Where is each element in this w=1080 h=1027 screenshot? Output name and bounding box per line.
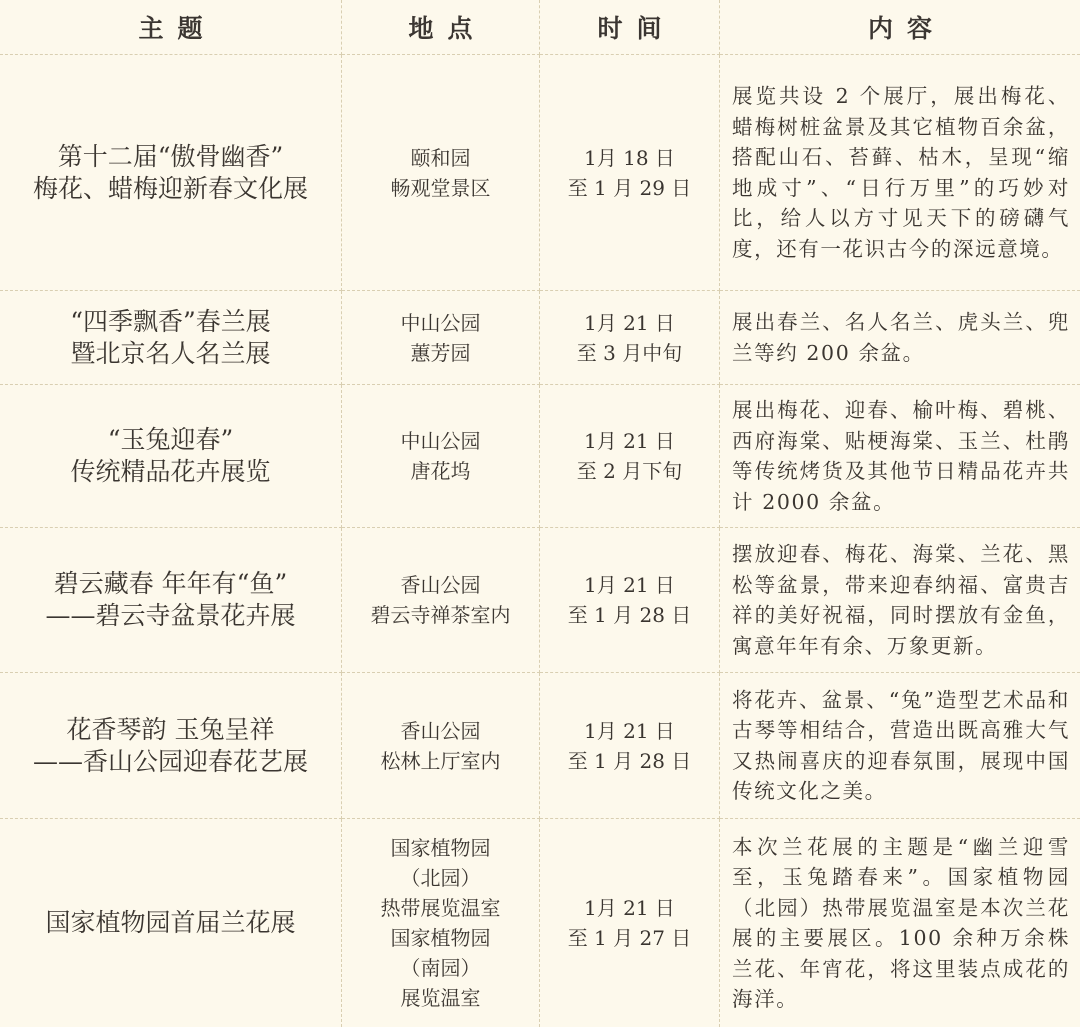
row-2-content-text: 展出春兰、名人名兰、虎头兰、兜兰等约 200 余盆。: [732, 307, 1070, 368]
row-4-theme: 碧云藏春 年年有“鱼” ——碧云寺盆景花卉展: [0, 528, 342, 673]
row-6-time: 1月 21 日 至 1 月 27 日: [540, 819, 720, 1027]
row-6-content: 本次兰花展的主题是“幽兰迎雪至，玉兔踏春来”。国家植物园（北园）热带展览温室是本…: [720, 819, 1080, 1027]
header-content-label: 内容: [868, 9, 946, 45]
row-3-content-text: 展出梅花、迎春、榆叶梅、碧桃、西府海棠、贴梗海棠、玉兰、杜鹃等传统烤货及其他节日…: [732, 395, 1070, 517]
row-3-theme: “玉兔迎春” 传统精品花卉展览: [0, 385, 342, 528]
row-1-place: 颐和园 畅观堂景区: [342, 55, 540, 291]
row-3-time: 1月 21 日 至 2 月下旬: [540, 385, 720, 528]
header-place: 地点: [342, 0, 540, 55]
header-theme: 主题: [0, 0, 342, 55]
row-5-content-text: 将花卉、盆景、“兔”造型艺术品和古琴等相结合，营造出既高雅大气又热闹喜庆的迎春氛…: [732, 685, 1070, 807]
row-6-theme: 国家植物园首届兰花展: [0, 819, 342, 1027]
header-time: 时间: [540, 0, 720, 55]
header-time-label: 时间: [597, 9, 675, 45]
row-6-content-text: 本次兰花展的主题是“幽兰迎雪至，玉兔踏春来”。国家植物园（北园）热带展览温室是本…: [732, 832, 1070, 1015]
row-1-content: 展览共设 2 个展厅，展出梅花、蜡梅树桩盆景及其它植物百余盆，搭配山石、苔藓、枯…: [720, 55, 1080, 291]
row-5-place: 香山公园 松林上厅室内: [342, 673, 540, 819]
row-1-theme: 第十二届“傲骨幽香” 梅花、蜡梅迎新春文化展: [0, 55, 342, 291]
row-2-theme: “四季飘香”春兰展 暨北京名人名兰展: [0, 291, 342, 385]
row-3-place: 中山公园 唐花坞: [342, 385, 540, 528]
exhibition-table: 主题 地点 时间 内容 第十二届“傲骨幽香” 梅花、蜡梅迎新春文化展 颐和园 畅…: [0, 0, 1080, 1027]
row-4-place: 香山公园 碧云寺禅茶室内: [342, 528, 540, 673]
row-5-theme: 花香琴韵 玉兔呈祥 ——香山公园迎春花艺展: [0, 673, 342, 819]
row-4-content: 摆放迎春、梅花、海棠、兰花、黑松等盆景，带来迎春纳福、富贵吉祥的美好祝福，同时摆…: [720, 528, 1080, 673]
row-2-place: 中山公园 蕙芳园: [342, 291, 540, 385]
row-4-time: 1月 21 日 至 1 月 28 日: [540, 528, 720, 673]
header-theme-label: 主题: [138, 9, 216, 45]
row-1-time: 1月 18 日 至 1 月 29 日: [540, 55, 720, 291]
row-1-content-text: 展览共设 2 个展厅，展出梅花、蜡梅树桩盆景及其它植物百余盆，搭配山石、苔藓、枯…: [732, 81, 1070, 264]
row-3-content: 展出梅花、迎春、榆叶梅、碧桃、西府海棠、贴梗海棠、玉兰、杜鹃等传统烤货及其他节日…: [720, 385, 1080, 528]
row-5-content: 将花卉、盆景、“兔”造型艺术品和古琴等相结合，营造出既高雅大气又热闹喜庆的迎春氛…: [720, 673, 1080, 819]
row-2-time: 1月 21 日 至 3 月中旬: [540, 291, 720, 385]
header-place-label: 地点: [408, 9, 486, 45]
row-5-time: 1月 21 日 至 1 月 28 日: [540, 673, 720, 819]
row-6-place: 国家植物园 （北园） 热带展览温室 国家植物园 （南园） 展览温室: [342, 819, 540, 1027]
header-content: 内容: [720, 0, 1080, 55]
row-2-content: 展出春兰、名人名兰、虎头兰、兜兰等约 200 余盆。: [720, 291, 1080, 385]
row-4-content-text: 摆放迎春、梅花、海棠、兰花、黑松等盆景，带来迎春纳福、富贵吉祥的美好祝福，同时摆…: [732, 539, 1070, 661]
